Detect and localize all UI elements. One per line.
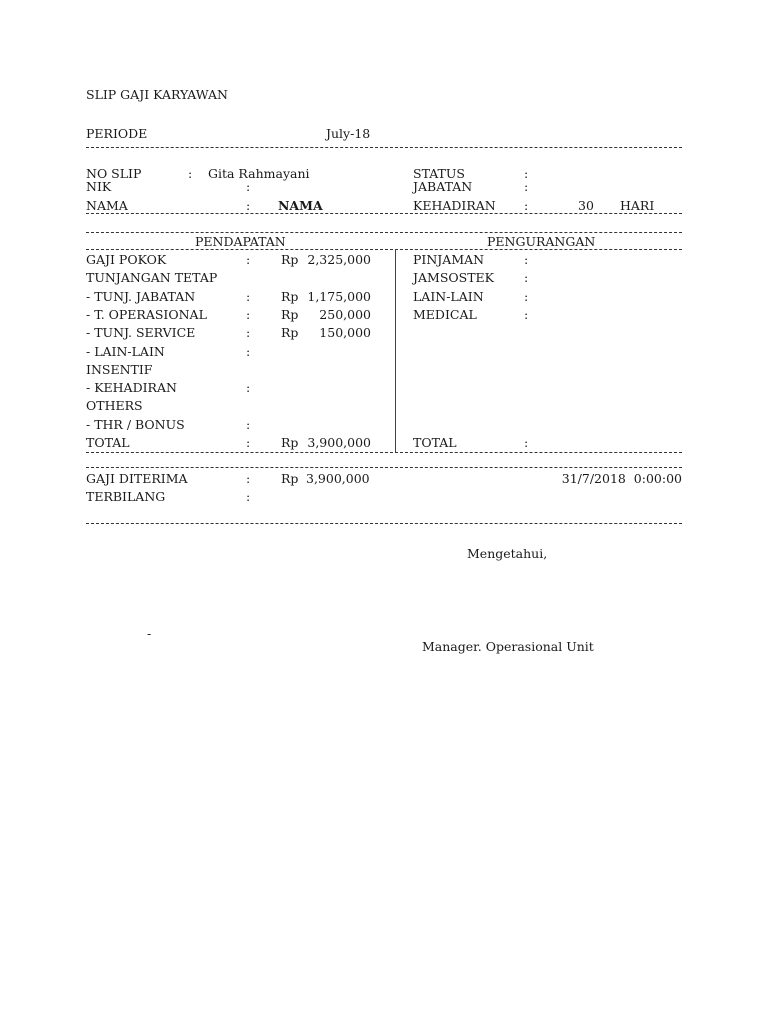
pendapatan-row-currency: Rp bbox=[281, 308, 298, 322]
divider bbox=[86, 523, 682, 524]
pendapatan-row-amount: 3,900,000 bbox=[300, 436, 371, 450]
periode-value: July-18 bbox=[326, 127, 370, 141]
pendapatan-row-label: GAJI POKOK bbox=[86, 253, 166, 267]
nama-sep: : bbox=[246, 199, 250, 213]
divider bbox=[86, 249, 682, 250]
pendapatan-row-label: - THR / BONUS bbox=[86, 418, 185, 432]
gaji-diterima-sep: : bbox=[246, 472, 250, 486]
jabatan-sep: : bbox=[524, 180, 528, 194]
pendapatan-row-label: INSENTIF bbox=[86, 363, 152, 377]
gaji-diterima-amount: 3,900,000 bbox=[306, 472, 370, 486]
pendapatan-row-currency: Rp bbox=[281, 290, 298, 304]
kehadiran-sep: : bbox=[524, 199, 528, 213]
pendapatan-row-sep: : bbox=[246, 308, 250, 322]
nama-value: NAMA bbox=[278, 199, 323, 213]
terbilang-label: TERBILANG bbox=[86, 490, 165, 504]
pengurangan-row-sep: : bbox=[524, 308, 528, 322]
pendapatan-row-label: - KEHADIRAN bbox=[86, 381, 177, 395]
periode-label: PERIODE bbox=[86, 127, 147, 141]
pendapatan-row-sep: : bbox=[246, 326, 250, 340]
pendapatan-row-sep: : bbox=[246, 290, 250, 304]
pengurangan-row-label: MEDICAL bbox=[413, 308, 477, 322]
pengurangan-total-label: TOTAL bbox=[413, 436, 457, 450]
kehadiran-unit: HARI bbox=[620, 199, 654, 213]
column-divider bbox=[395, 249, 396, 452]
no-slip-sep: : bbox=[188, 167, 192, 181]
pengurangan-row-sep: : bbox=[524, 290, 528, 304]
terbilang-sep: : bbox=[246, 490, 250, 504]
nama-label: NAMA bbox=[86, 199, 128, 213]
nik-sep: : bbox=[246, 180, 250, 194]
pendapatan-row-label: - T. OPERASIONAL bbox=[86, 308, 207, 322]
pendapatan-row-sep: : bbox=[246, 345, 250, 359]
pendapatan-row-sep: : bbox=[246, 253, 250, 267]
mengetahui-text: Mengetahui, bbox=[467, 547, 547, 561]
pendapatan-row-amount: 1,175,000 bbox=[300, 290, 371, 304]
pengurangan-total-sep: : bbox=[524, 436, 528, 450]
signature-role: Manager. Operasional Unit bbox=[422, 640, 594, 654]
gaji-diterima-currency: Rp bbox=[281, 472, 298, 486]
pendapatan-row-currency: Rp bbox=[281, 436, 298, 450]
divider bbox=[86, 232, 682, 233]
pendapatan-row-currency: Rp bbox=[281, 253, 298, 267]
pengurangan-row-sep: : bbox=[524, 271, 528, 285]
pendapatan-row-label: - LAIN-LAIN bbox=[86, 345, 165, 359]
gaji-diterima-label: GAJI DITERIMA bbox=[86, 472, 188, 486]
pendapatan-row-amount: 2,325,000 bbox=[300, 253, 371, 267]
divider bbox=[86, 467, 682, 468]
pendapatan-row-label: - TUNJ. SERVICE bbox=[86, 326, 195, 340]
pengurangan-row-label: PINJAMAN bbox=[413, 253, 484, 267]
pendapatan-row-label: - TUNJ. JABATAN bbox=[86, 290, 195, 304]
pendapatan-row-sep: : bbox=[246, 418, 250, 432]
no-slip-value: Gita Rahmayani bbox=[208, 167, 310, 181]
pendapatan-row-currency: Rp bbox=[281, 326, 298, 340]
kehadiran-label: KEHADIRAN bbox=[413, 199, 496, 213]
pendapatan-row-sep: : bbox=[246, 381, 250, 395]
kehadiran-value: 30 bbox=[578, 199, 594, 213]
divider bbox=[86, 147, 682, 148]
pengurangan-row-label: JAMSOSTEK bbox=[413, 271, 494, 285]
pendapatan-row-label: OTHERS bbox=[86, 399, 143, 413]
divider bbox=[86, 452, 682, 453]
pendapatan-header: PENDAPATAN bbox=[195, 235, 286, 249]
pengurangan-row-label: LAIN-LAIN bbox=[413, 290, 484, 304]
divider bbox=[86, 213, 682, 214]
jabatan-label: JABATAN bbox=[413, 180, 472, 194]
pendapatan-row-amount: 250,000 bbox=[300, 308, 371, 322]
pendapatan-row-label: TUNJANGAN TETAP bbox=[86, 271, 217, 285]
nik-label: NIK bbox=[86, 180, 111, 194]
pendapatan-row-amount: 150,000 bbox=[300, 326, 371, 340]
slip-datetime: 31/7/2018 0:00:00 bbox=[520, 472, 682, 486]
signature-left-mark: - bbox=[147, 627, 151, 641]
pengurangan-header: PENGURANGAN bbox=[487, 235, 595, 249]
pengurangan-row-sep: : bbox=[524, 253, 528, 267]
pendapatan-row-sep: : bbox=[246, 436, 250, 450]
slip-title: SLIP GAJI KARYAWAN bbox=[86, 88, 228, 102]
pendapatan-row-label: TOTAL bbox=[86, 436, 130, 450]
